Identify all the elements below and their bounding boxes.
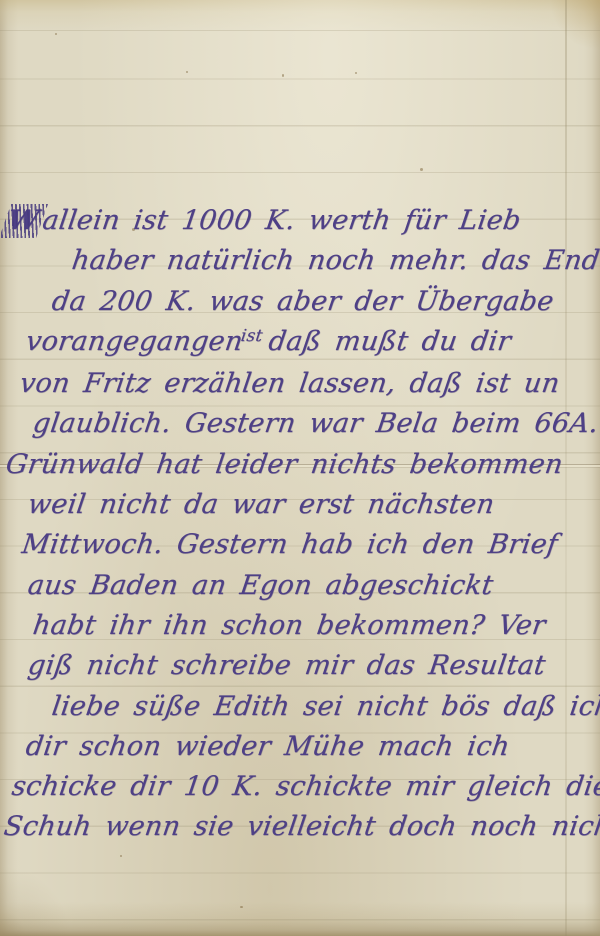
paper-speck — [55, 33, 57, 35]
letter-line: giß nicht schreibe mir das Resultat — [25, 646, 600, 686]
line-text: da 200 K. was aber der Übergabe — [50, 286, 556, 317]
paper-speck — [355, 72, 357, 74]
paper-speck — [240, 906, 243, 908]
letter-line: liebe süße Edith sei nicht bös daß ich — [49, 687, 600, 727]
letter-line: von Fritz erzählen lassen, daß ist un — [17, 364, 600, 404]
letter-line: Schuh wenn sie vielleicht doch noch nich… — [1, 807, 600, 847]
line-text: Grünwald hat leider nichts bekommen — [4, 449, 565, 480]
letter-paper: Wallein ist 1000 K. werth für Liebhaber … — [0, 0, 600, 936]
line-text: weil nicht da war erst nächsten — [26, 489, 496, 520]
scratched-out-word: W — [5, 201, 41, 241]
letter-line: Mittwoch. Gestern hab ich den Brief — [19, 525, 600, 565]
line-text: liebe süße Edith sei nicht bös daß ich — [50, 691, 600, 722]
letter-line: aus Baden an Egon abgeschickt — [25, 566, 600, 606]
letter-line: habt ihr ihn schon bekommen? Ver — [30, 606, 600, 646]
line-text: Mittwoch. Gestern hab ich den Brief — [20, 529, 560, 560]
line-text: vorangegangen — [24, 326, 245, 357]
letter-line: Wallein ist 1000 K. werth für Lieb — [5, 201, 600, 241]
line-text: allein ist 1000 K. werth für Lieb — [41, 205, 523, 236]
paper-speck — [420, 168, 423, 171]
line-text: haber natürlich noch mehr. das Ende — [70, 245, 600, 276]
line-text: aus Baden an Egon abgeschickt — [26, 570, 495, 601]
paper-speck — [282, 74, 284, 77]
paper-speck — [186, 71, 188, 73]
paper-speck — [120, 855, 122, 857]
line-text: dir schon wieder Mühe mach ich — [24, 731, 512, 762]
line-text: schicke dir 10 K. schickte mir gleich di… — [10, 771, 600, 802]
letter-line: glaublich. Gestern war Bela beim 66A. — [30, 404, 600, 444]
letter-line: vorangegangenistdaß mußt du dir — [23, 322, 600, 364]
letter-line: dir schon wieder Mühe mach ich — [23, 727, 600, 767]
letter-line: schicke dir 10 K. schickte mir gleich di… — [9, 767, 600, 807]
line-text: von Fritz erzählen lassen, daß ist un — [18, 368, 562, 399]
inserted-word-above-line: ist — [240, 325, 264, 345]
letter-line: da 200 K. was aber der Übergabe — [49, 282, 600, 322]
line-text: giß nicht schreibe mir das Resultat — [26, 650, 548, 681]
line-text: Schuh wenn sie vielleicht doch noch nich… — [2, 811, 600, 842]
letter-line: haber natürlich noch mehr. das Ende — [69, 241, 600, 281]
line-text: daß mußt du dir — [267, 326, 513, 357]
letter-body: Wallein ist 1000 K. werth für Liebhaber … — [0, 201, 600, 848]
letter-line: Grünwald hat leider nichts bekommen — [3, 445, 600, 485]
line-text: glaublich. Gestern war Bela beim 66A. — [31, 408, 600, 439]
letter-line: weil nicht da war erst nächsten — [25, 485, 600, 525]
line-text: habt ihr ihn schon bekommen? Ver — [31, 610, 548, 641]
